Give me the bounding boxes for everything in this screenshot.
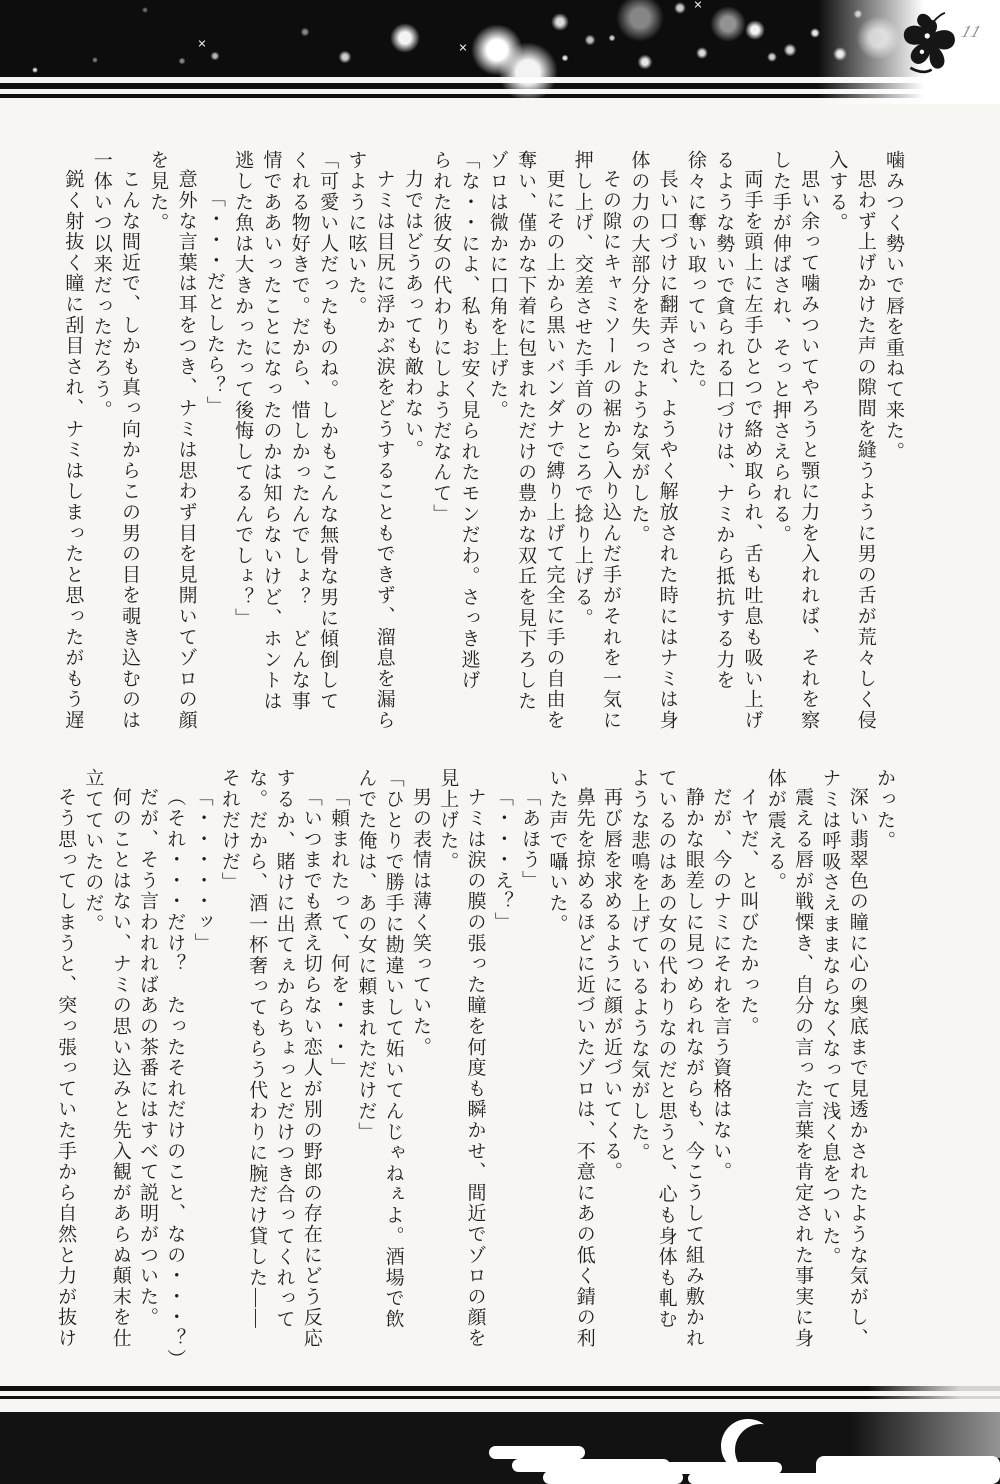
- text-column: すように呟いた。: [341, 150, 369, 742]
- butterfly-icon: [898, 8, 960, 86]
- text-column: 長い口づけに翻弄され、ようやく解放された時にはナミは身: [652, 150, 680, 742]
- text-column: 「頼まれたって、何を・・・」: [325, 768, 352, 1376]
- text-column: な。だから、酒一杯奢ってもらう代わりに腕だけ貸した――: [243, 768, 270, 1376]
- star-icon: [784, 44, 797, 57]
- text-column: 逃した魚は大きかったって後悔してるんでしょ？」: [228, 150, 256, 742]
- text-column: 静かな眼差しに見つめられながらも、今こうして組み敷かれ: [680, 768, 707, 1376]
- sparkle-icon: ✕: [458, 42, 467, 55]
- text-column: ナミは目尻に浮かぶ涙をどうすることもできず、溜息を漏ら: [369, 150, 397, 742]
- text-column: られた彼女の代わりにしようだなんて」: [426, 150, 454, 742]
- footer-rules-right-fade: [868, 1382, 1000, 1404]
- vertical-text-block-top: 噛みつく勢いで唇を重ねて来た。思わず上げかけた声の隙間を縫うように男の舌が荒々し…: [58, 150, 907, 742]
- text-column: 何のことはない、ナミの思い込みと先入観があらぬ顛末を仕: [106, 768, 133, 1376]
- cloud-corner-icon: [816, 1456, 1000, 1484]
- text-column: 深い翡翠色の瞳に心の奥底まで見透かされたような気がし、: [843, 768, 870, 1376]
- text-column: 噛みつく勢いで唇を重ねて来た。: [879, 150, 907, 742]
- text-column: 鼻先を掠めるほどに近づいたゾロは、不意にあの低く錆の利: [570, 768, 597, 1376]
- star-icon: [616, 0, 664, 42]
- text-column: 徐々に奪い取っていった。: [681, 150, 709, 742]
- scanned-page: ✕ ✕ ✕ 11 噛みつく勢いで唇を重ねて来た。思わず上げかけた声の隙間を縫うよ…: [0, 0, 1000, 1484]
- text-column: ゾロは微かに口角を上げた。: [483, 150, 511, 742]
- text-column: だが、そう言われればあの茶番にはすべて説明がついた。: [134, 768, 161, 1376]
- text-column: んでた俺は、あの女に頼まれただけだ」: [352, 768, 379, 1376]
- text-column: るような勢いで貪られる口づけは、ナミから抵抗する力を: [709, 150, 737, 742]
- footer-right-fade: [850, 1412, 1000, 1458]
- text-column: 「可愛い人だったものね。しかもこんな無骨な男に傾倒して: [313, 150, 341, 742]
- text-column: 「ひとりで勝手に勘違いして妬いてんじゃねぇよ。酒場で飲: [379, 768, 406, 1376]
- star-icon: [745, 20, 765, 40]
- text-column: それだけだ」: [216, 768, 243, 1376]
- text-column: 再び唇を求めるように顔が近づいてくる。: [598, 768, 625, 1376]
- footer-rule-thin: [0, 1396, 1000, 1399]
- text-column: 「あほう」: [516, 768, 543, 1376]
- text-column: するか、賭けに出てぇからちょっとだけつき合ってくれって: [270, 768, 297, 1376]
- text-column: いた声で囁いた。: [543, 768, 570, 1376]
- text-column: 「いつまでも煮え切らない恋人が別の野郎の存在にどう反応: [297, 768, 324, 1376]
- text-column: 更にその上から黒いバンダナで縛り上げて完全に手の自由を: [539, 150, 567, 742]
- star-icon: [674, 2, 686, 14]
- text-column: 一体いつ以来だっただろう。: [86, 150, 114, 742]
- text-column: イヤだ、と叫びたかった。: [734, 768, 761, 1376]
- text-column: 押し上げ、交差させた手首のところで捻り上げる。: [567, 150, 595, 742]
- cloud-bar-icon: [489, 1446, 585, 1459]
- star-icon: [696, 47, 708, 59]
- text-column: ナミは涙の膜の張った瞳を何度も瞬かせ、間近でゾロの顔を: [461, 768, 488, 1376]
- text-column: 入する。: [822, 150, 850, 742]
- text-column: 力ではどうあっても敵わない。: [398, 150, 426, 742]
- text-column: 「・・・・・ッ」: [188, 768, 215, 1376]
- star-icon: [551, 13, 569, 31]
- text-column: を見た。: [143, 150, 171, 742]
- text-column: 思わず上げかけた声の隙間を縫うように男の舌が荒々しく侵: [850, 150, 878, 742]
- text-column: だが、今のナミにそれを言う資格はない。: [707, 768, 734, 1376]
- text-column: 男の表情は薄く笑っていた。: [407, 768, 434, 1376]
- star-icon: [767, 52, 777, 62]
- star-icon: [211, 52, 220, 61]
- text-column: ような悲鳴を上げているような気がした。: [625, 768, 652, 1376]
- text-column: 体の力の大部分を失ったような気がした。: [624, 150, 652, 742]
- text-column: その隙にキャミソールの裾から入り込んだ手がそれを一気に: [596, 150, 624, 742]
- text-column: （それ・・・だけ？ たったそれだけのこと、なの・・・？）: [161, 768, 188, 1376]
- star-icon: [301, 28, 310, 37]
- text-column: 奪い、僅かな下着に包まれただけの豊かな双丘を見下ろした: [511, 150, 539, 742]
- text-column: 「な・・によ、私もお安く見られたモンだわ。さっき逃げ: [454, 150, 482, 742]
- sparkle-icon: ✕: [693, 0, 702, 12]
- star-icon: [638, 55, 653, 70]
- text-column: 震える唇が戦慄き、自分の言った言葉を肯定された事実に身: [789, 768, 816, 1376]
- star-icon: [142, 7, 148, 13]
- text-column: かった。: [871, 768, 898, 1376]
- star-icon: [32, 67, 38, 73]
- text-column: 立てていたのだ。: [79, 768, 106, 1376]
- text-column: 意外な言葉は耳をつき、ナミは思わず目を見開いてゾロの顔: [171, 150, 199, 742]
- vertical-text-block-bottom: かった。深い翡翠色の瞳に心の奥底まで見透かされたような気がし、ナミは呼吸さえまま…: [52, 768, 898, 1376]
- text-column: こんな間近で、しかも真っ向からこの男の目を覗き込むのは: [115, 150, 143, 742]
- star-icon: [390, 23, 420, 53]
- text-column: そう思ってしまうと、突っ張っていた手から自然と力が抜け: [52, 768, 79, 1376]
- cloud-bar-icon: [543, 1471, 683, 1484]
- star-icon: [92, 57, 98, 63]
- star-icon: [710, 6, 746, 42]
- star-icon: [179, 58, 186, 65]
- star-icon: [339, 51, 352, 64]
- text-column: 見上げた。: [434, 768, 461, 1376]
- text-column: 両手を頭上に左手ひとつで絡め取られ、舌も吐息も吸い上げ: [737, 150, 765, 742]
- text-column: 体が震える。: [762, 768, 789, 1376]
- text-column: 「・・・え？」: [489, 768, 516, 1376]
- star-icon: [609, 35, 616, 42]
- star-icon: [471, 24, 523, 76]
- text-column: ナミは呼吸さえままならなくなって浅く息をついた。: [816, 768, 843, 1376]
- footer-rule-thick: [0, 1386, 1000, 1391]
- text-column: くれる物好きで。だから、惜しかったんでしょ？ どんな事: [284, 150, 312, 742]
- text-column: 鋭く射抜く瞳に刮目され、ナミはしまったと思ったがもう遅: [58, 150, 86, 742]
- footer-night-band: [0, 1412, 1000, 1484]
- text-column: 情でああいったことになったのかは知らないけど、ホントは: [256, 150, 284, 742]
- star-icon: [562, 55, 569, 62]
- text-column: 「・・・だとしたら？」: [200, 150, 228, 742]
- text-column: した手が伸ばされ、そっと押さえられる。: [766, 150, 794, 742]
- text-column: ているのはあの女の代わりなのだと思うと、心も身体も軋む: [652, 768, 679, 1376]
- text-column: 思い余って噛みついてやろうと顎に力を入れれば、それを察: [794, 150, 822, 742]
- star-icon: [585, 35, 596, 46]
- sparkle-icon: ✕: [197, 38, 206, 51]
